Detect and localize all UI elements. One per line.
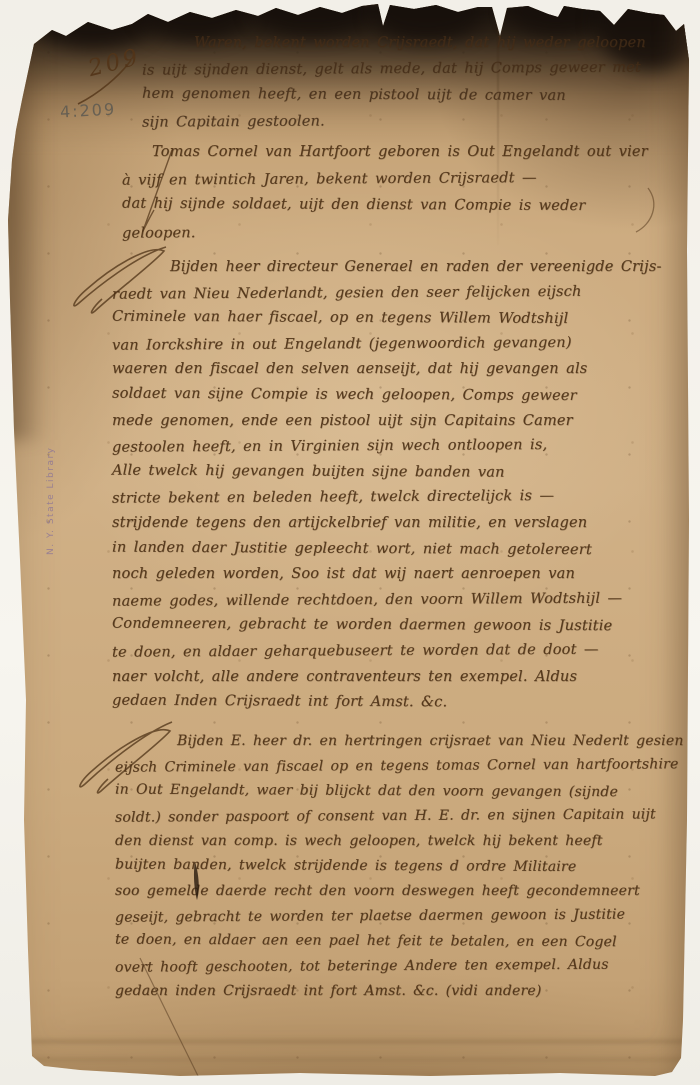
manuscript-line: geseijt, gebracht te worden ter plaetse … [115,902,665,930]
manuscript-line: Bijden heer directeur Generael en raden … [112,255,660,281]
manuscript-line: in landen daer Justitie gepleecht wort, … [112,535,660,563]
manuscript-line: naer volcht, alle andere contraventeurs … [112,665,660,691]
manuscript-line: naeme godes, willende rechtdoen, den voo… [112,586,660,615]
manuscript-line: raedt van Nieu Nederlandt, gesien den se… [112,279,660,308]
manuscript-paragraph-4: Bijden E. heer dr. en hertringen crijsra… [115,729,665,1004]
manuscript-line: Alle twelck hij gevangen buijten sijne b… [112,458,660,486]
manuscript-paragraph-1: Waren, bekent worden Crijsraedt, dat hij… [142,30,654,134]
manuscript-line: den dienst van comp. is wech geloopen, t… [115,829,665,854]
manuscript-line: te doen, en aldaer aen een pael het feit… [115,928,665,956]
manuscript-line: Condemneeren, gebracht te worden daermen… [112,612,660,640]
right-edge-shading [660,0,700,1085]
manuscript-line: stricte bekent en beleden heeft, twelck … [112,484,660,513]
left-edge-shading [0,20,46,440]
manuscript-line: sijn Capitain gestoolen. [142,106,654,135]
manuscript-line: in Out Engelandt, waer bij blijckt dat d… [115,778,665,806]
manuscript-line: hem genomen heeft, en een pistool uijt d… [142,81,654,110]
manuscript-line: gedaen inden Crijsraedt int fort Amst. &… [115,979,665,1004]
paper-sheet: 209 4:209 N. Y. State Library Waren, bek… [0,0,700,1085]
manuscript-line: mede genomen, ende een pistool uijt sijn… [112,409,660,435]
manuscript-line: van Iorckshire in out Engelandt (jegenwo… [112,330,660,359]
pencil-archival-number: 4:209 [60,100,117,122]
manuscript-line: buijten banden, twelck strijdende is teg… [115,853,665,881]
manuscript-line: soo gemelde daerde recht den voorn deswe… [115,879,665,904]
manuscript-line: à vijf en twintich Jaren, bekent worden … [122,164,650,194]
manuscript-line: overt hooft geschooten, tot beteringe An… [115,952,665,980]
manuscript-line: soldaet van sijne Compie is wech geloope… [112,382,660,410]
manuscript-line: Bijden E. heer dr. en hertringen crijsra… [115,729,665,754]
manuscript-line: eijsch Criminele van fiscael op en tegen… [115,752,665,780]
manuscript-line: gedaen Inden Crijsraedt int fort Amst. &… [112,689,660,717]
manuscript-line: is uijt sijnden dienst, gelt als mede, d… [142,54,654,83]
manuscript-line: waeren den fiscael den selven aenseijt, … [112,357,660,383]
manuscript-line: soldt.) sonder paspoort of consent van H… [115,802,665,830]
horizontal-crease [30,1040,686,1043]
horizontal-crease [30,1058,686,1061]
manuscript-line: gestoolen heeft, en in Virginien sijn we… [112,432,660,461]
manuscript-line: te doen, en aldaer geharquebuseert te wo… [112,637,660,666]
manuscript-paragraph-2: Tomas Cornel van Hartfoort geboren is Ou… [122,139,650,245]
manuscript-line: noch geleden worden, Soo ist dat wij nae… [112,562,660,588]
manuscript-line: Tomas Cornel van Hartfoort geboren is Ou… [122,139,650,166]
manuscript-scan: 209 4:209 N. Y. State Library Waren, bek… [0,0,700,1085]
manuscript-line: dat hij sijnde soldaet, uijt den dienst … [122,191,650,220]
library-stamp: N. Y. State Library [46,446,56,555]
manuscript-line: strijdende tegens den artijckelbrief van… [112,511,660,537]
manuscript-line: Criminele van haer fiscael, op en tegens… [112,305,660,333]
manuscript-line: Waren, bekent worden Crijsraedt, dat hij… [142,30,654,56]
manuscript-line: geloopen. [122,217,650,247]
manuscript-paragraph-3: Bijden heer directeur Generael en raden … [112,255,660,716]
